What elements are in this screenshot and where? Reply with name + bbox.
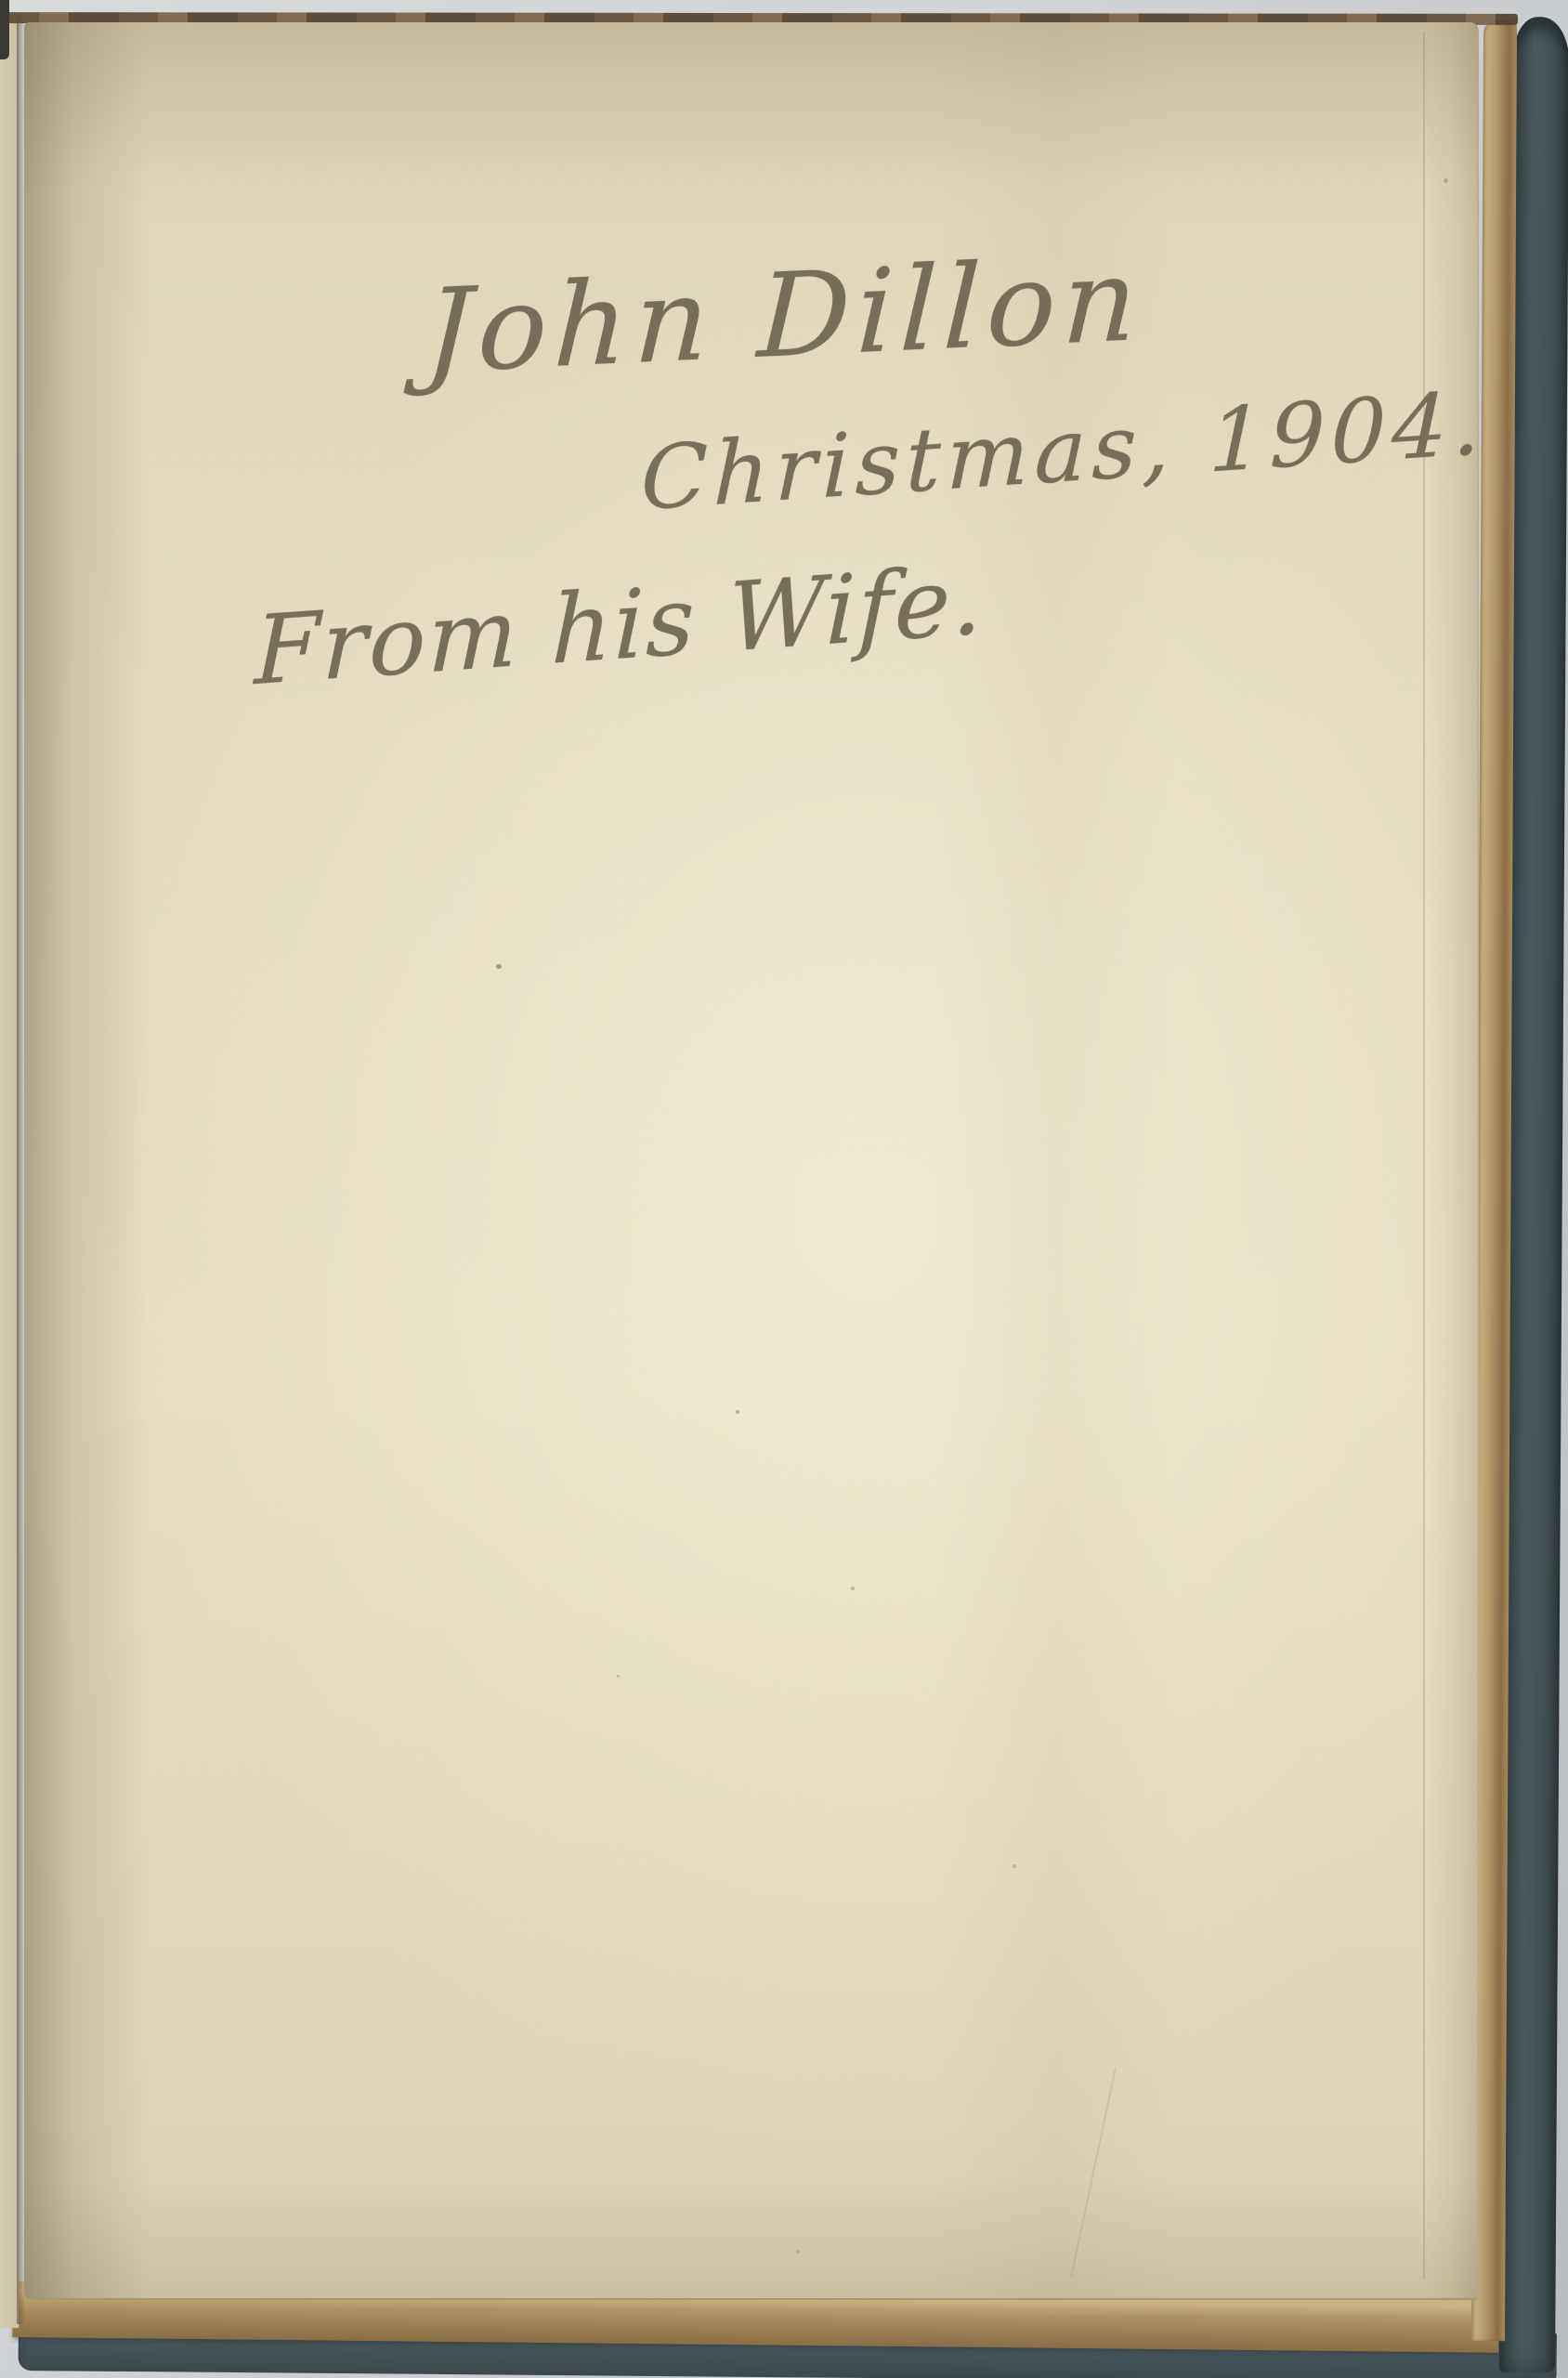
paper-speck xyxy=(1444,178,1448,183)
facing-page-strip xyxy=(0,13,19,2328)
paper-speck xyxy=(1013,1864,1016,1868)
paper-speck xyxy=(851,1587,855,1590)
paper-speck xyxy=(617,1675,620,1678)
gutter-shadow xyxy=(24,22,150,2298)
page-bottom-shading xyxy=(24,2177,1477,2298)
book-flyleaf-photograph: John Dillon Christmas, 1904. From his Wi… xyxy=(0,0,1568,2378)
inscription-line-3: From his Wife. xyxy=(254,545,986,707)
page-top-shading xyxy=(24,22,1477,180)
paper-speck xyxy=(796,2250,800,2254)
flyleaf-page: John Dillon Christmas, 1904. From his Wi… xyxy=(24,22,1479,2300)
paper-speck xyxy=(496,964,502,969)
spine-corner-shadow xyxy=(0,0,9,59)
top-sheet-edge-line xyxy=(1423,32,1425,2280)
page-right-edge-shading xyxy=(1425,22,1477,2298)
paper-speck xyxy=(736,1410,739,1414)
